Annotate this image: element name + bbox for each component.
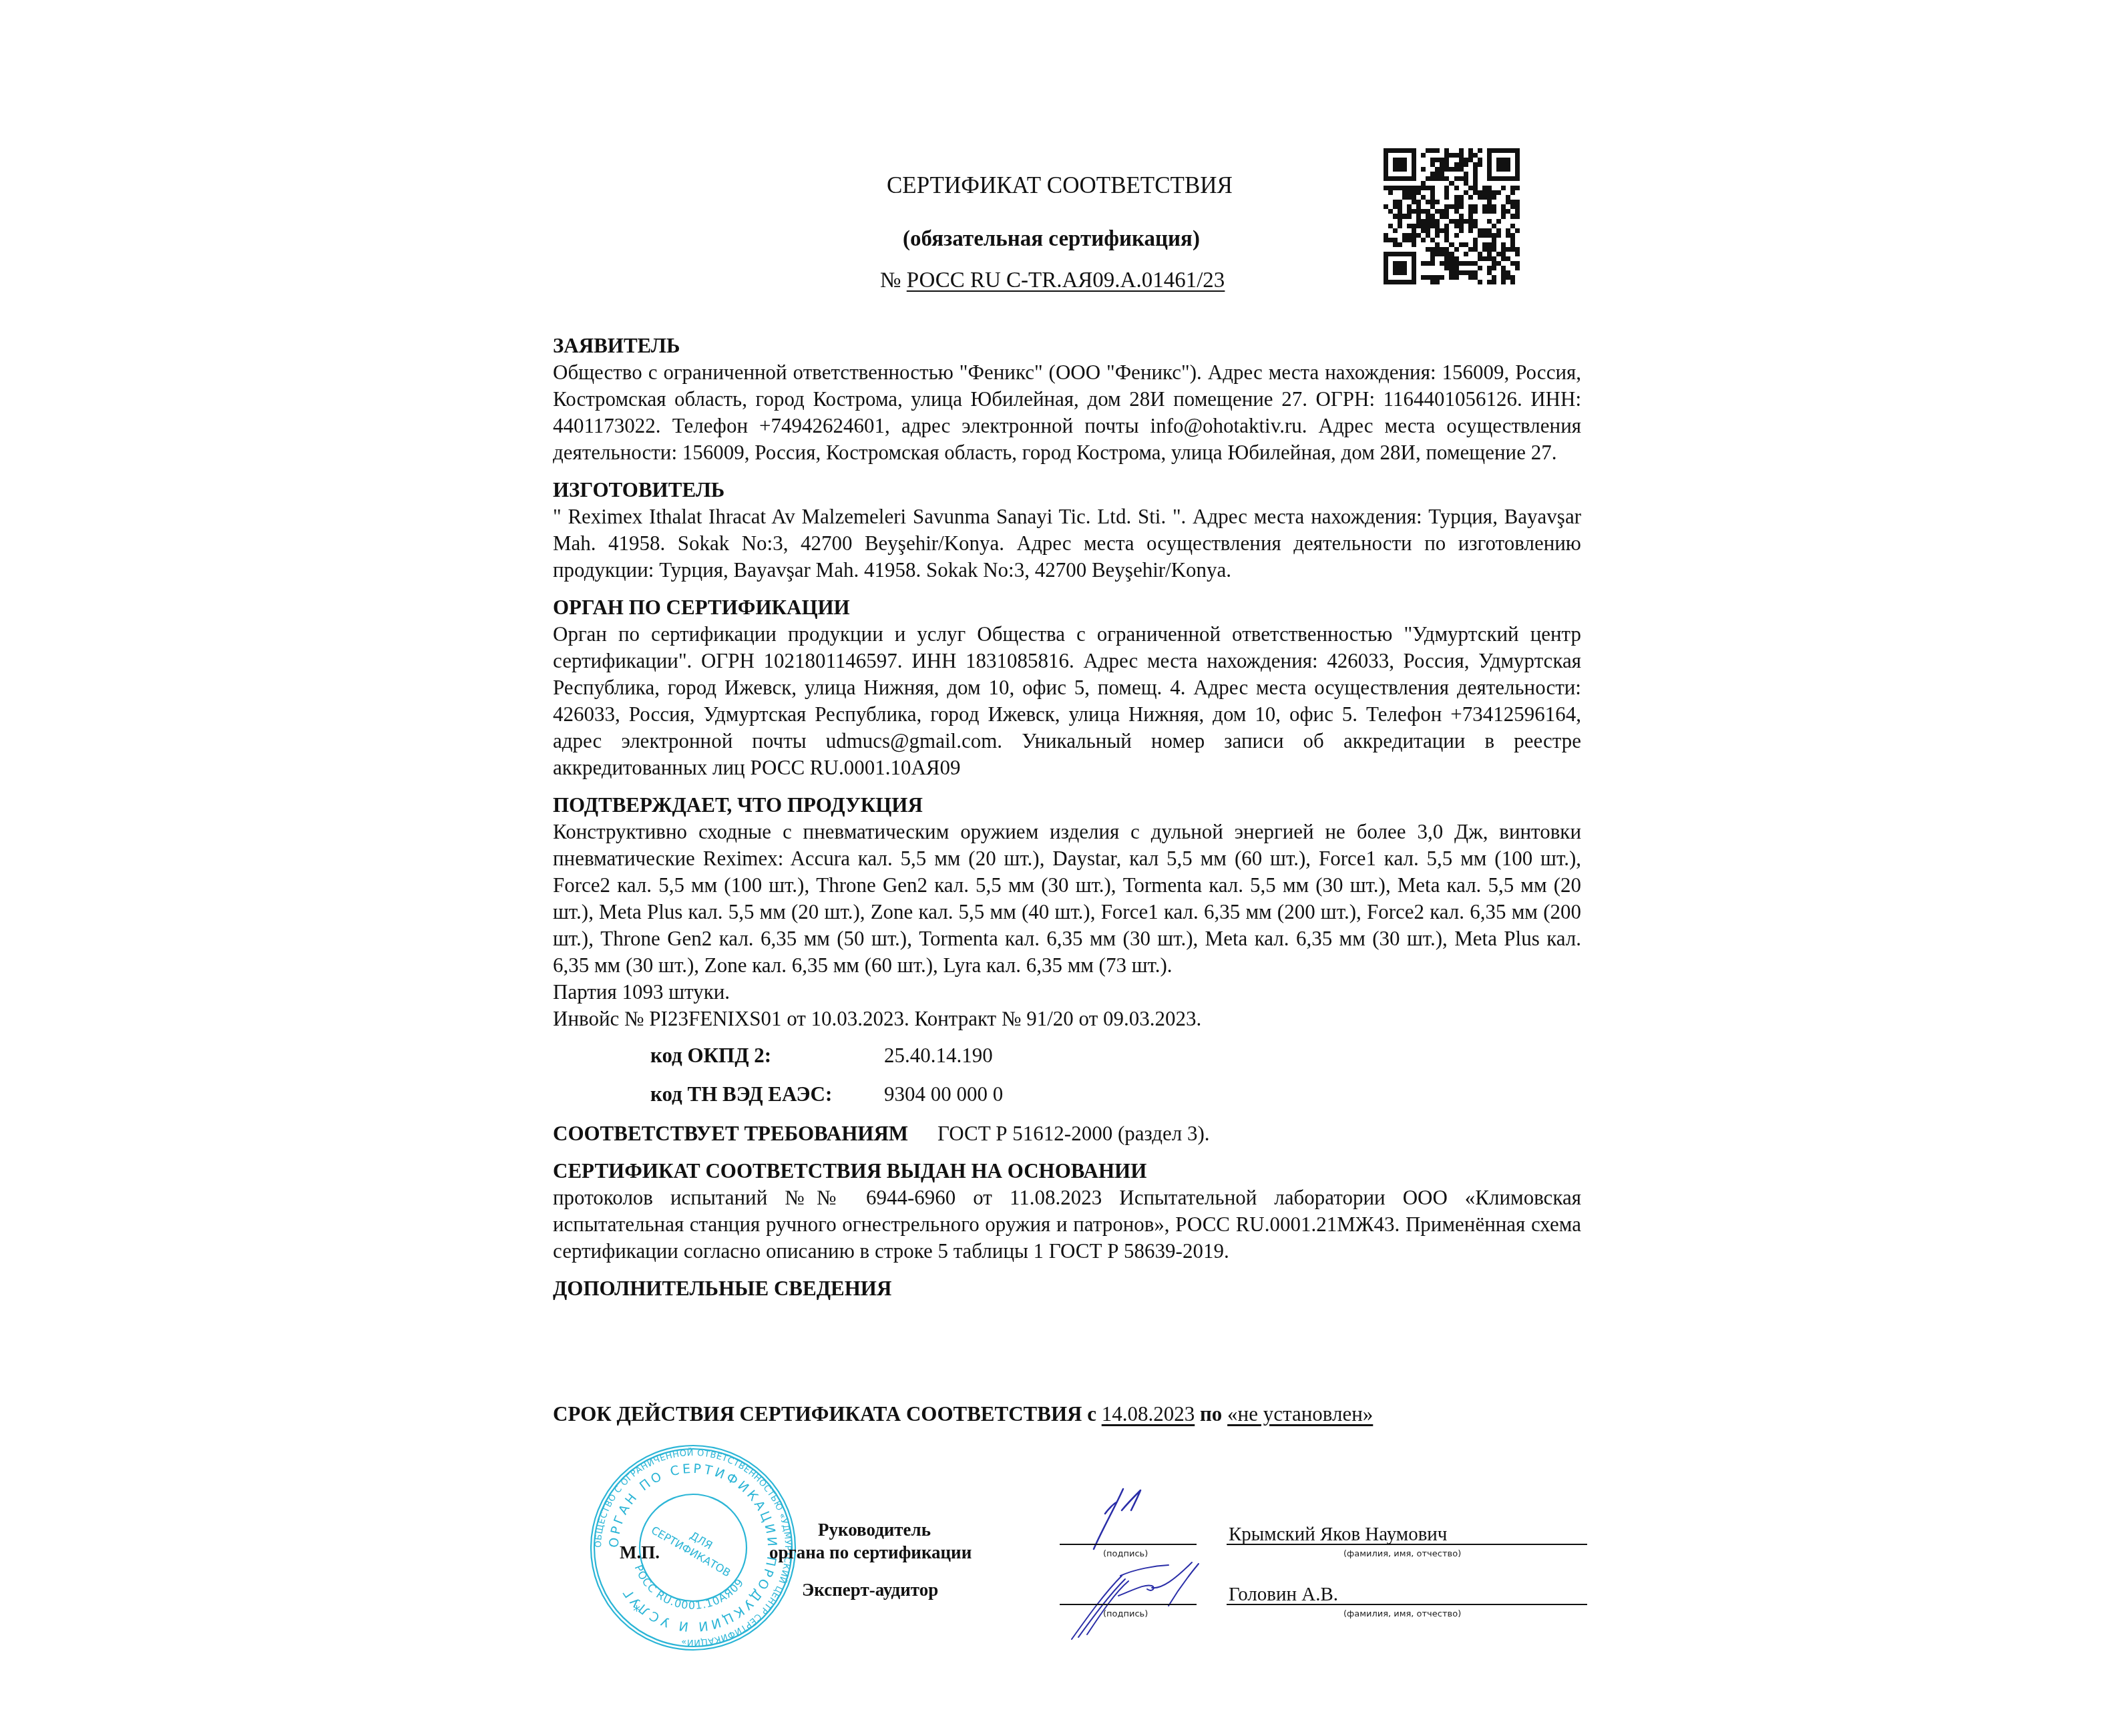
number-sign: №	[880, 268, 901, 292]
head-signature-icon	[1082, 1484, 1175, 1550]
section-heading: ДОПОЛНИТЕЛЬНЫЕ СВЕДЕНИЯ	[553, 1275, 1581, 1302]
code-value: 9304 00 000 0	[884, 1081, 1003, 1108]
section-heading: ЗАЯВИТЕЛЬ	[553, 333, 1581, 359]
name-caption: (фамилия, имя, отчество)	[1343, 1549, 1461, 1559]
qr-code-icon	[1384, 148, 1520, 284]
certificate-subtitle: (обязательная сертификация)	[903, 226, 1200, 252]
code-label: код ОКПД 2:	[650, 1042, 884, 1069]
certificate-number-value: РОСС RU C-TR.АЯ09.А.01461/23	[907, 268, 1225, 292]
section-additional: ДОПОЛНИТЕЛЬНЫЕ СВЕДЕНИЯ	[553, 1275, 1581, 1302]
stamp-center-line2: СЕРТИФИКАТОВ	[649, 1524, 733, 1579]
stamp-mark: *	[633, 1603, 640, 1620]
section-heading: СЕРТИФИКАТ СООТВЕТСТВИЯ ВЫДАН НА ОСНОВАН…	[553, 1158, 1581, 1184]
section-requirements: СООТВЕТСТВУЕТ ТРЕБОВАНИЯМ ГОСТ Р 51612-2…	[553, 1120, 1581, 1147]
validity-from-word: с	[1087, 1402, 1096, 1426]
section-applicant: ЗАЯВИТЕЛЬ Общество с ограниченной ответс…	[553, 333, 1581, 466]
validity-to-value: «не установлен»	[1227, 1402, 1373, 1426]
certificate-number: № РОСС RU C-TR.АЯ09.А.01461/23	[880, 267, 1225, 294]
code-label: код ТН ВЭД ЕАЭС:	[650, 1081, 884, 1108]
applicant-text: Общество с ограниченной ответственностью…	[553, 359, 1581, 466]
basis-text: протоколов испытаний №№ 6944-6960 от 11.…	[553, 1184, 1581, 1265]
section-manufacturer: ИЗГОТОВИТЕЛЬ " Reximex Ithalat Ihracat A…	[553, 477, 1581, 584]
signature-line	[1060, 1544, 1197, 1545]
code-okpd2: код ОКПД 2: 25.40.14.190	[650, 1036, 1581, 1075]
batch-text: Партия 1093 штуки.	[553, 979, 1581, 1006]
head-role-line2: органа по сертификации	[769, 1542, 972, 1563]
validity-label: СРОК ДЕЙСТВИЯ СЕРТИФИКАТА СООТВЕТСТВИЯ	[553, 1402, 1082, 1426]
invoice-text: Инвойс № PI23FENIXS01 от 10.03.2023. Кон…	[553, 1006, 1581, 1032]
official-stamp-icon: ОБЩЕСТВО С ОГРАНИЧЕННОЙ ОТВЕТСТВЕННОСТЬЮ…	[586, 1441, 800, 1655]
product-text: Конструктивно сходные с пневматическим о…	[553, 819, 1581, 979]
manufacturer-text: " Reximex Ithalat Ihracat Av Malzemeleri…	[553, 503, 1581, 584]
head-name: Крымский Яков Наумович	[1229, 1524, 1447, 1546]
signature-line	[1060, 1604, 1197, 1605]
validity-from-date: 14.08.2023	[1102, 1402, 1195, 1426]
code-value: 25.40.14.190	[884, 1042, 993, 1069]
section-heading: ПОДТВЕРЖДАЕТ, ЧТО ПРОДУКЦИЯ	[553, 792, 1581, 819]
expert-signature-icon	[1068, 1556, 1202, 1643]
certificate-title: СЕРТИФИКАТ СООТВЕТСТВИЯ	[887, 172, 1233, 199]
code-tn-ved: код ТН ВЭД ЕАЭС: 9304 00 000 0	[650, 1075, 1581, 1114]
validity-to-word: по	[1200, 1402, 1222, 1426]
expert-role: Эксперт-аудитор	[802, 1580, 938, 1600]
validity-period: СРОК ДЕЙСТВИЯ СЕРТИФИКАТА СООТВЕТСТВИЯ с…	[553, 1401, 1373, 1428]
expert-name: Головин А.В.	[1229, 1584, 1338, 1606]
head-role-line1: Руководитель	[818, 1520, 931, 1540]
signature-caption: (подпись)	[1103, 1549, 1148, 1559]
certification-body-text: Орган по сертификации продукции и услуг …	[553, 621, 1581, 781]
section-heading: ИЗГОТОВИТЕЛЬ	[553, 477, 1581, 503]
section-basis: СЕРТИФИКАТ СООТВЕТСТВИЯ ВЫДАН НА ОСНОВАН…	[553, 1158, 1581, 1265]
section-product: ПОДТВЕРЖДАЕТ, ЧТО ПРОДУКЦИЯ Конструктивн…	[553, 792, 1581, 1114]
section-certification-body: ОРГАН ПО СЕРТИФИКАЦИИ Орган по сертифика…	[553, 594, 1581, 781]
name-caption: (фамилия, имя, отчество)	[1343, 1609, 1461, 1619]
certificate-body: ЗАЯВИТЕЛЬ Общество с ограниченной ответс…	[553, 333, 1581, 1302]
requirements-label: СООТВЕТСТВУЕТ ТРЕБОВАНИЯМ	[553, 1120, 908, 1147]
section-heading: ОРГАН ПО СЕРТИФИКАЦИИ	[553, 594, 1581, 621]
signature-caption: (подпись)	[1103, 1609, 1148, 1619]
requirements-value: ГОСТ Р 51612-2000 (раздел 3).	[937, 1120, 1209, 1147]
seal-place-label: М.П.	[620, 1542, 660, 1563]
